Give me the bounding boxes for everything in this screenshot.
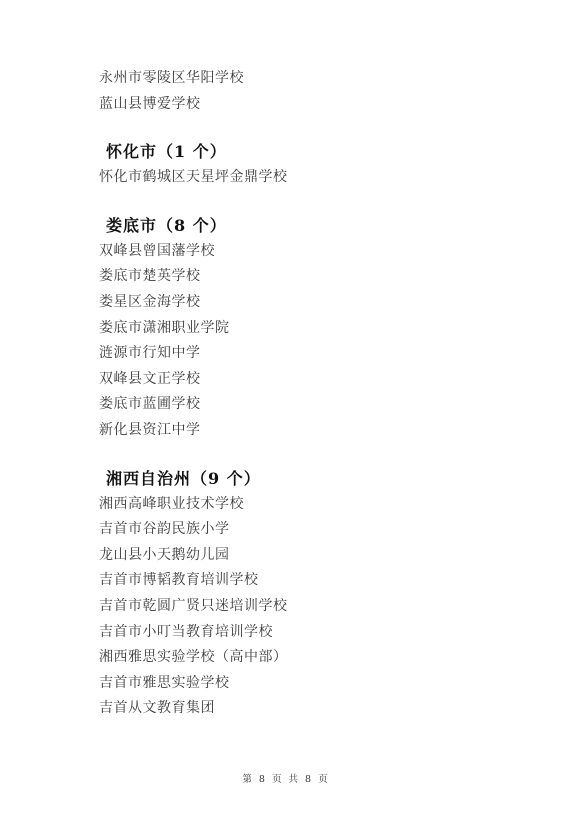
school-list-item: 新化县资江中学 [99,418,572,444]
school-list-item: 双峰县曾国藩学校 [99,239,572,265]
section-heading: 娄底市（8 个） [106,213,572,239]
school-list-item: 娄底市潇湘职业学院 [99,316,572,342]
school-list-item: 怀化市鹤城区天星坪金鼎学校 [99,165,572,191]
section-heading: 怀化市（1 个） [106,139,572,165]
school-list-item: 吉首市乾圆广贤只迷培训学校 [99,594,572,620]
school-list-item: 蓝山县博爱学校 [99,92,572,118]
school-list: 永州市零陵区华阳学校蓝山县博爱学校怀化市（1 个）怀化市鹤城区天星坪金鼎学校娄底… [0,66,572,722]
school-list-item: 永州市零陵区华阳学校 [99,66,572,92]
page-number-footer: 第 8 页 共 8 页 [0,771,572,785]
school-list-item: 双峰县文正学校 [99,367,572,393]
school-list-item: 娄底市蓝圃学校 [99,392,572,418]
school-list-item: 湘西雅思实验学校（高中部） [99,645,572,671]
school-list-item: 娄星区金海学校 [99,290,572,316]
section-heading: 湘西自治州（9 个） [106,466,572,492]
school-list-item: 吉首市谷韵民族小学 [99,517,572,543]
school-list-item: 吉首从文教育集团 [99,696,572,722]
document-page: 永州市零陵区华阳学校蓝山县博爱学校怀化市（1 个）怀化市鹤城区天星坪金鼎学校娄底… [0,0,572,827]
school-list-item: 吉首市雅思实验学校 [99,671,572,697]
school-list-item: 吉首市小叮当教育培训学校 [99,620,572,646]
school-list-item: 涟源市行知中学 [99,341,572,367]
school-list-item: 湘西高峰职业技术学校 [99,492,572,518]
school-list-item: 娄底市楚英学校 [99,264,572,290]
school-list-item: 龙山县小天鹅幼儿园 [99,543,572,569]
school-list-item: 吉首市博韬教育培训学校 [99,568,572,594]
